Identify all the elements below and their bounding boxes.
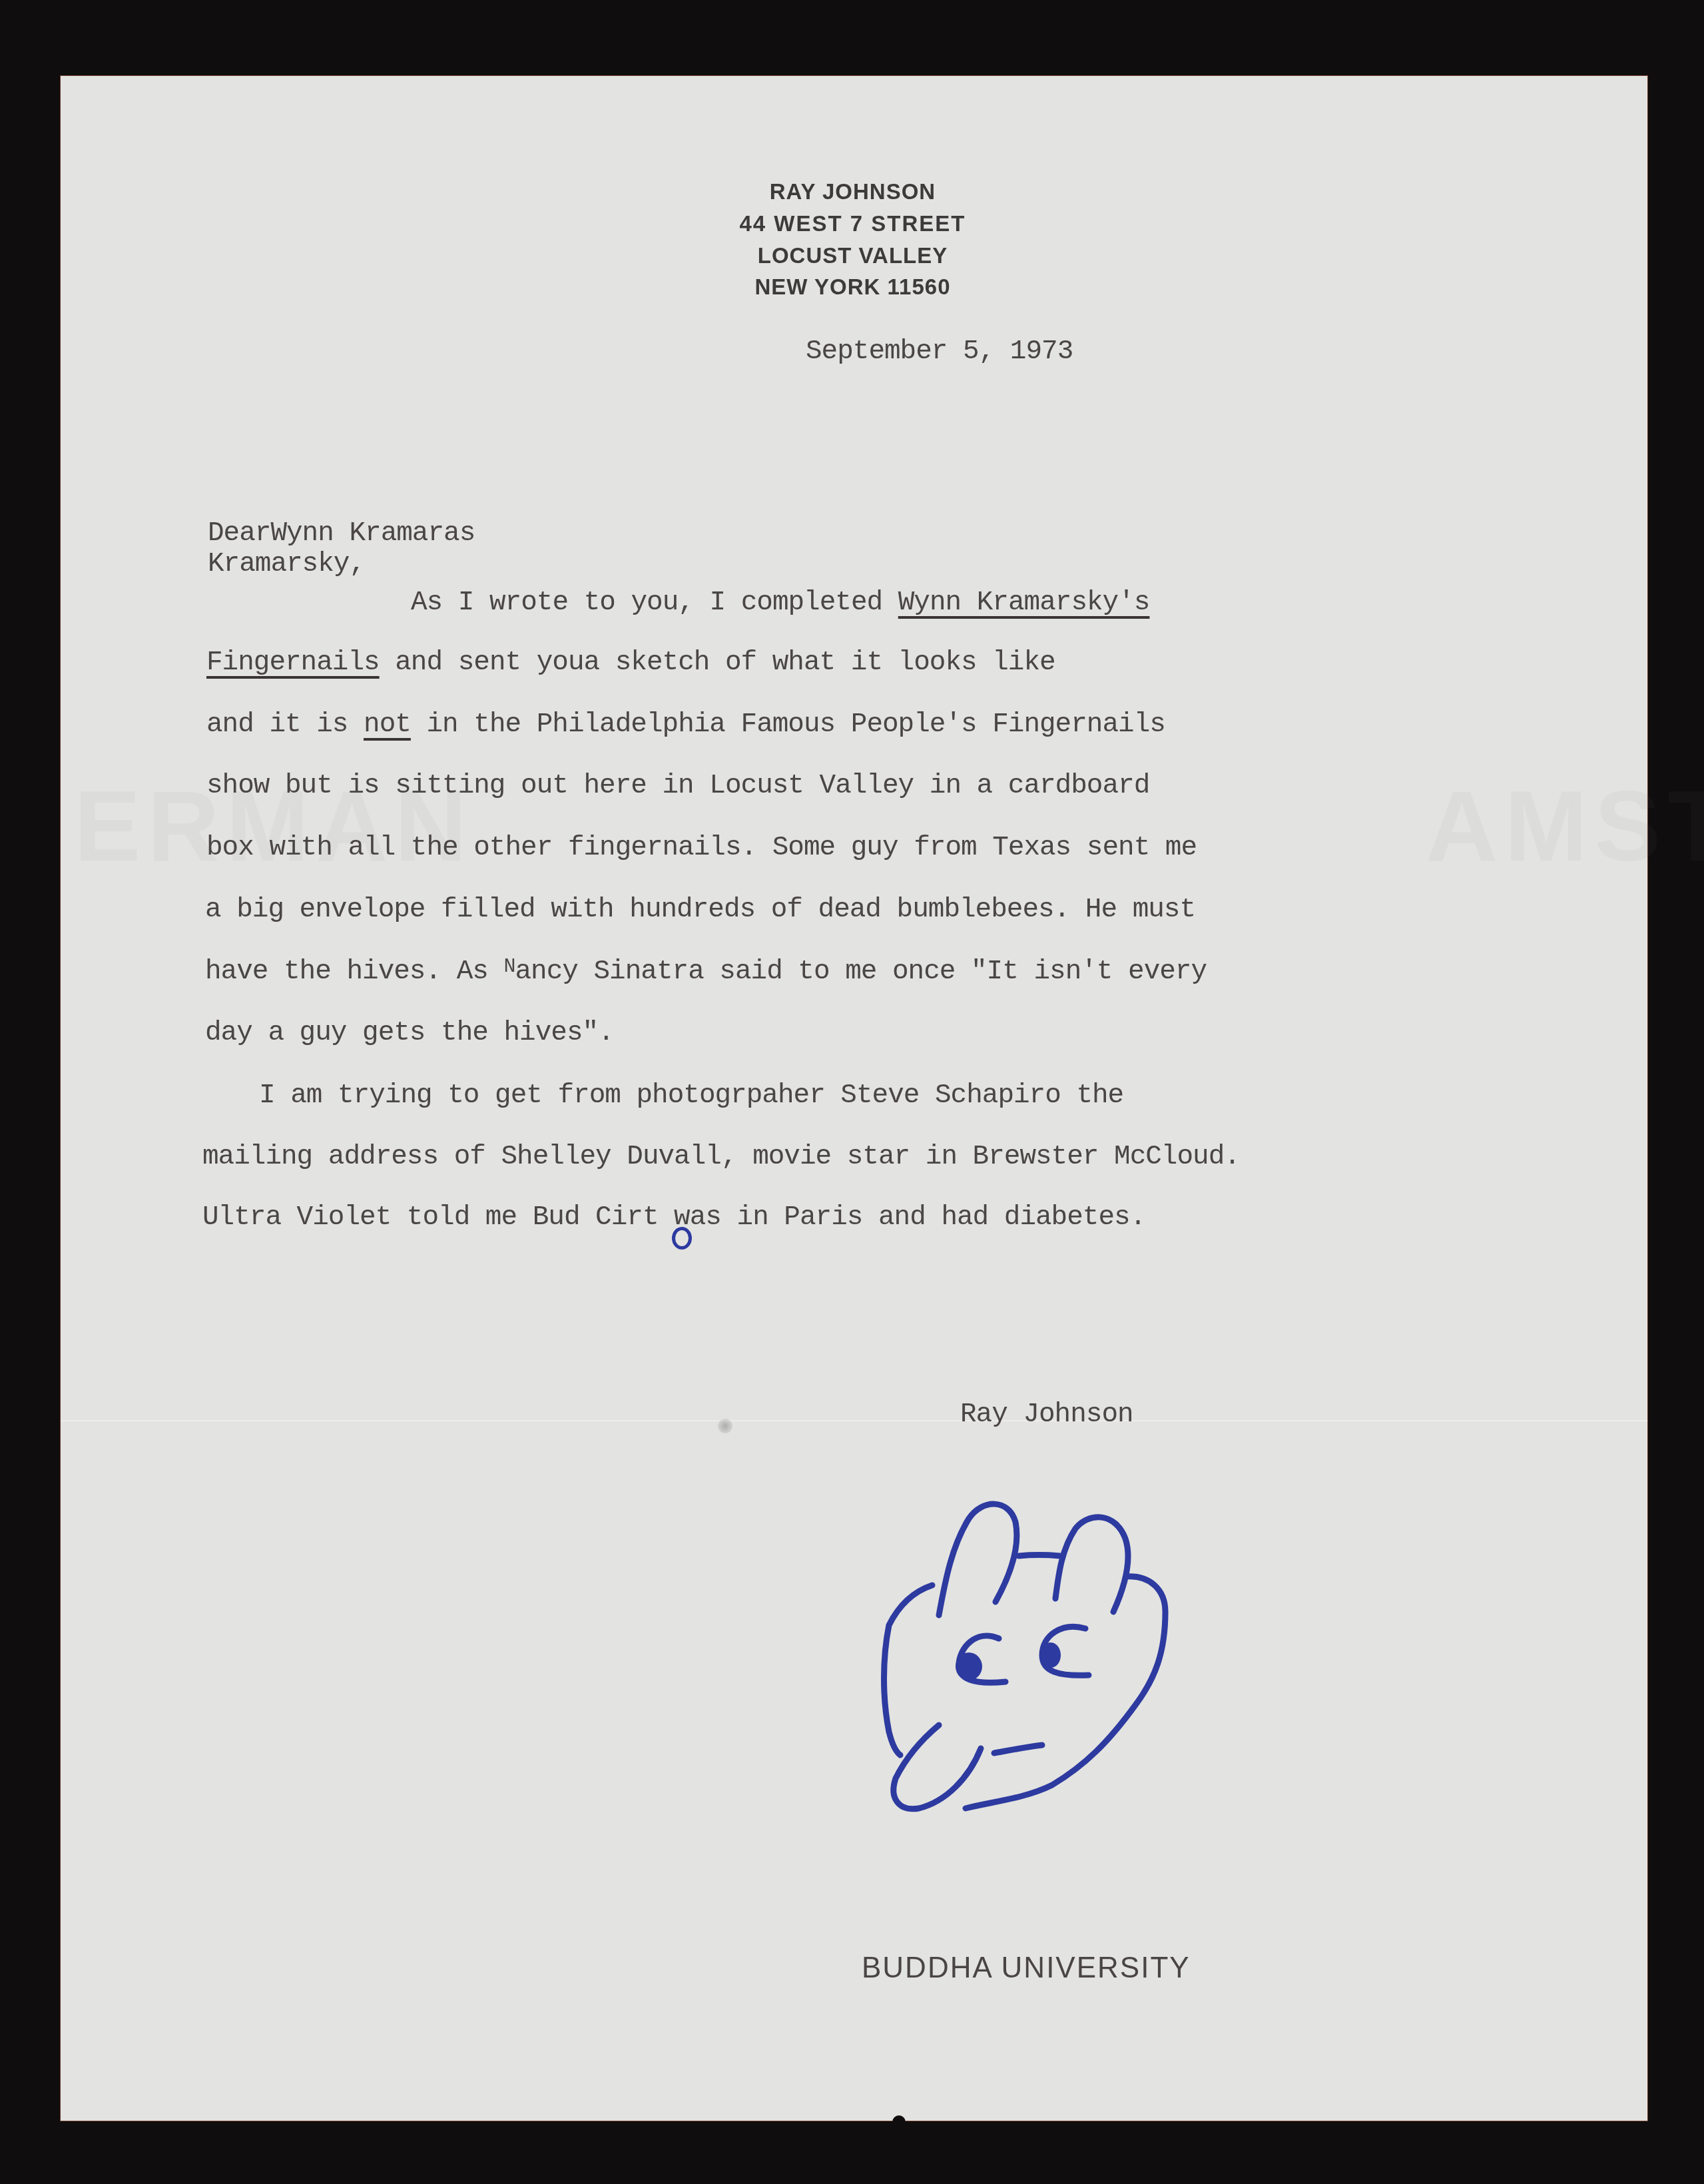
body-line-4: show but is sitting out here in Locust V…	[206, 771, 1149, 801]
body-text: As I wrote to you, I completed	[411, 587, 898, 618]
letterhead-street: 44 WEST 7 STREET	[59, 211, 1646, 236]
body-text: and sent youa sketch of what it looks li…	[380, 647, 1055, 678]
body-text: ancy Sinatra said to me once "It isn't e…	[515, 956, 1207, 987]
body-text: in the Philadelphia Famous People's Fing…	[411, 709, 1165, 740]
body-line-9: I am trying to get from photogrpaher Ste…	[259, 1080, 1123, 1111]
body-line-6: a big envelope filled with hundreds of d…	[205, 895, 1195, 925]
emphasis-underlined: not	[364, 709, 411, 740]
body-line-8: day a guy gets the hives".	[205, 1018, 614, 1048]
paper-smudge	[718, 1419, 732, 1433]
salutation-line-1: DearWynn Kramaras	[208, 518, 475, 549]
show-through-right: AMST	[1426, 769, 1704, 884]
artwork-title-underlined: Wynn Kramarsky's	[898, 587, 1150, 618]
typed-signature: Ray Johnson	[960, 1399, 1133, 1430]
artwork-title-underlined: Fingernails	[206, 647, 380, 678]
body-line-11: Ultra Violet told me Bud Cirt was in Par…	[202, 1202, 1145, 1233]
body-text: have the hives. As	[205, 956, 503, 987]
paper-edge-notch	[892, 2115, 906, 2122]
raised-letter: N	[503, 956, 515, 978]
body-line-5: box with all the other fingernails. Some…	[206, 833, 1197, 863]
body-line-2: Fingernails and sent youa sketch of what…	[206, 647, 1055, 678]
letterhead-town: LOCUST VALLEY	[59, 243, 1646, 268]
buddha-university-stamp: BUDDHA UNIVERSITY	[862, 1952, 1191, 1985]
fold-line	[61, 1420, 1647, 1421]
rabbit-drawing-icon	[852, 1485, 1185, 1878]
salutation-line-2: Kramarsky,	[208, 549, 365, 579]
body-line-1: As I wrote to you, I completed Wynn Kram…	[411, 587, 1149, 618]
body-text: and it is	[206, 709, 364, 740]
letterhead-name: RAY JOHNSON	[59, 179, 1646, 204]
body-line-3: and it is not in the Philadelphia Famous…	[206, 709, 1165, 740]
body-line-7: have the hives. As Nancy Sinatra said to…	[205, 956, 1207, 987]
letterhead-state-zip: NEW YORK 11560	[59, 274, 1646, 300]
letter-paper: ERMAN AMST RAY JOHNSON 44 WEST 7 STREET …	[61, 76, 1647, 2121]
letter-date: September 5, 1973	[806, 336, 1073, 367]
pen-correction-mark	[672, 1227, 692, 1250]
body-line-10: mailing address of Shelley Duvall, movie…	[202, 1142, 1240, 1172]
